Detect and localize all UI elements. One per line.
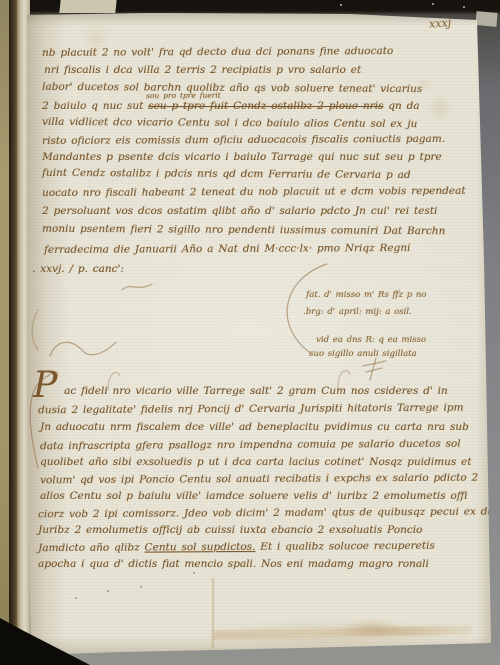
margin-arc-flourish xyxy=(272,258,342,358)
ink-speck xyxy=(75,597,77,599)
struck-text: seu p tpre fuit Cendz ostalibz 2 ploue n… xyxy=(148,100,383,112)
dust-speck xyxy=(432,3,434,5)
book-gutter xyxy=(9,0,17,665)
registration-mark xyxy=(360,356,388,382)
page-tab-top-right xyxy=(475,11,497,27)
manuscript-text-line: nri fiscalis i dca villa 2 terris 2 reci… xyxy=(44,64,361,76)
page-tab-top-left xyxy=(59,0,116,13)
manuscript-text-line: Jamdicto año qlibz Centu sol supdictos. … xyxy=(38,540,435,554)
manuscript-text-line: apocha i qua d' dictis fiat mencio spali… xyxy=(38,558,429,570)
manuscript-text-line: ciorz vob 2 ipi comissorz. Jdeo vob dici… xyxy=(38,506,500,521)
manuscript-text-line: ferradecima die Januarii Año a Nat dni M… xyxy=(44,242,410,256)
photograph-of-manuscript: xxxj nb placuit 2 no volt' fra qd decto … xyxy=(0,0,500,665)
folio-number: xxxj xyxy=(429,17,452,31)
line-post: Et i qualibz solucoe recuperetis xyxy=(255,540,434,553)
manuscript-text-line: labor' ducetos sol barchn quolibz año qs… xyxy=(42,81,422,95)
underlined-text: Centu sol supdictos. xyxy=(144,541,255,554)
dust-speck xyxy=(463,6,465,8)
manuscript-text-line: alios Centu sol p baiulu ville' iamdce s… xyxy=(40,490,468,502)
chancery-signature-line: . xxvj. / p. canc': xyxy=(32,263,124,275)
line-pre: Jamdicto año qlibz xyxy=(38,542,145,555)
manuscript-text-line: moniu psentem fieri 2 sigillo nro penden… xyxy=(42,223,445,237)
manuscript-text-line: dusia 2 legalitate' fidelis nrj Poncij d… xyxy=(38,402,464,417)
ink-speck xyxy=(140,586,142,588)
backdrop-left-cloth xyxy=(0,0,9,665)
ink-speck xyxy=(193,572,195,574)
manuscript-text-line: Jn aduocatu nrm fiscalem dce ville' ad b… xyxy=(40,421,469,433)
manuscript-text-line: volum' qd vos ipi Poncio Centu sol anuat… xyxy=(40,472,478,487)
manuscript-text-line: uocato nro fiscali habeant 2 teneat du n… xyxy=(42,185,466,199)
margin-pen-line xyxy=(28,308,42,352)
manuscript-text-line: 2 persoluant vos dcos ostatim qlibt año … xyxy=(42,205,437,217)
manuscript-text-line: risto oficiorz eis comissis dum oficiu a… xyxy=(42,133,445,147)
manuscript-text-line: quolibet año sibi exsoluedis p ut i dca … xyxy=(40,456,471,468)
manuscript-text-line: fuint Cendz ostalibz i pdcis nris qd dcm… xyxy=(42,167,411,181)
manuscript-text-line: nb placuit 2 no volt' fra qd decto dua d… xyxy=(42,45,393,59)
initial-letter: P xyxy=(33,368,57,404)
manuscript-text-line: villa vidlicet dco vicario Centu sol i d… xyxy=(42,116,417,130)
manuscript-text-line: 2 baiulo q nuc sut seu p tpre fuit Cendz… xyxy=(42,100,420,112)
manuscript-text-line: data infrascripta gfera psallogz nro imp… xyxy=(40,438,461,453)
manuscript-text-line: Mandantes p psente dcis vicario i baiulo… xyxy=(42,151,442,163)
dust-speck xyxy=(340,4,342,6)
ink-speck xyxy=(107,590,109,592)
manuscript-page: xxxj nb placuit 2 no volt' fra qd decto … xyxy=(0,0,500,665)
line-pre: 2 baiulo q nuc sut xyxy=(42,100,148,112)
line-post: qn da xyxy=(383,100,419,112)
manuscript-text-line: ac fideli nro vicario ville Tarrege salt… xyxy=(64,385,448,397)
wave-flourish xyxy=(48,336,120,360)
tilde-flourish xyxy=(120,280,154,294)
manuscript-text-line: Juribz 2 emolumetis officij ab cuissi iu… xyxy=(38,524,422,536)
